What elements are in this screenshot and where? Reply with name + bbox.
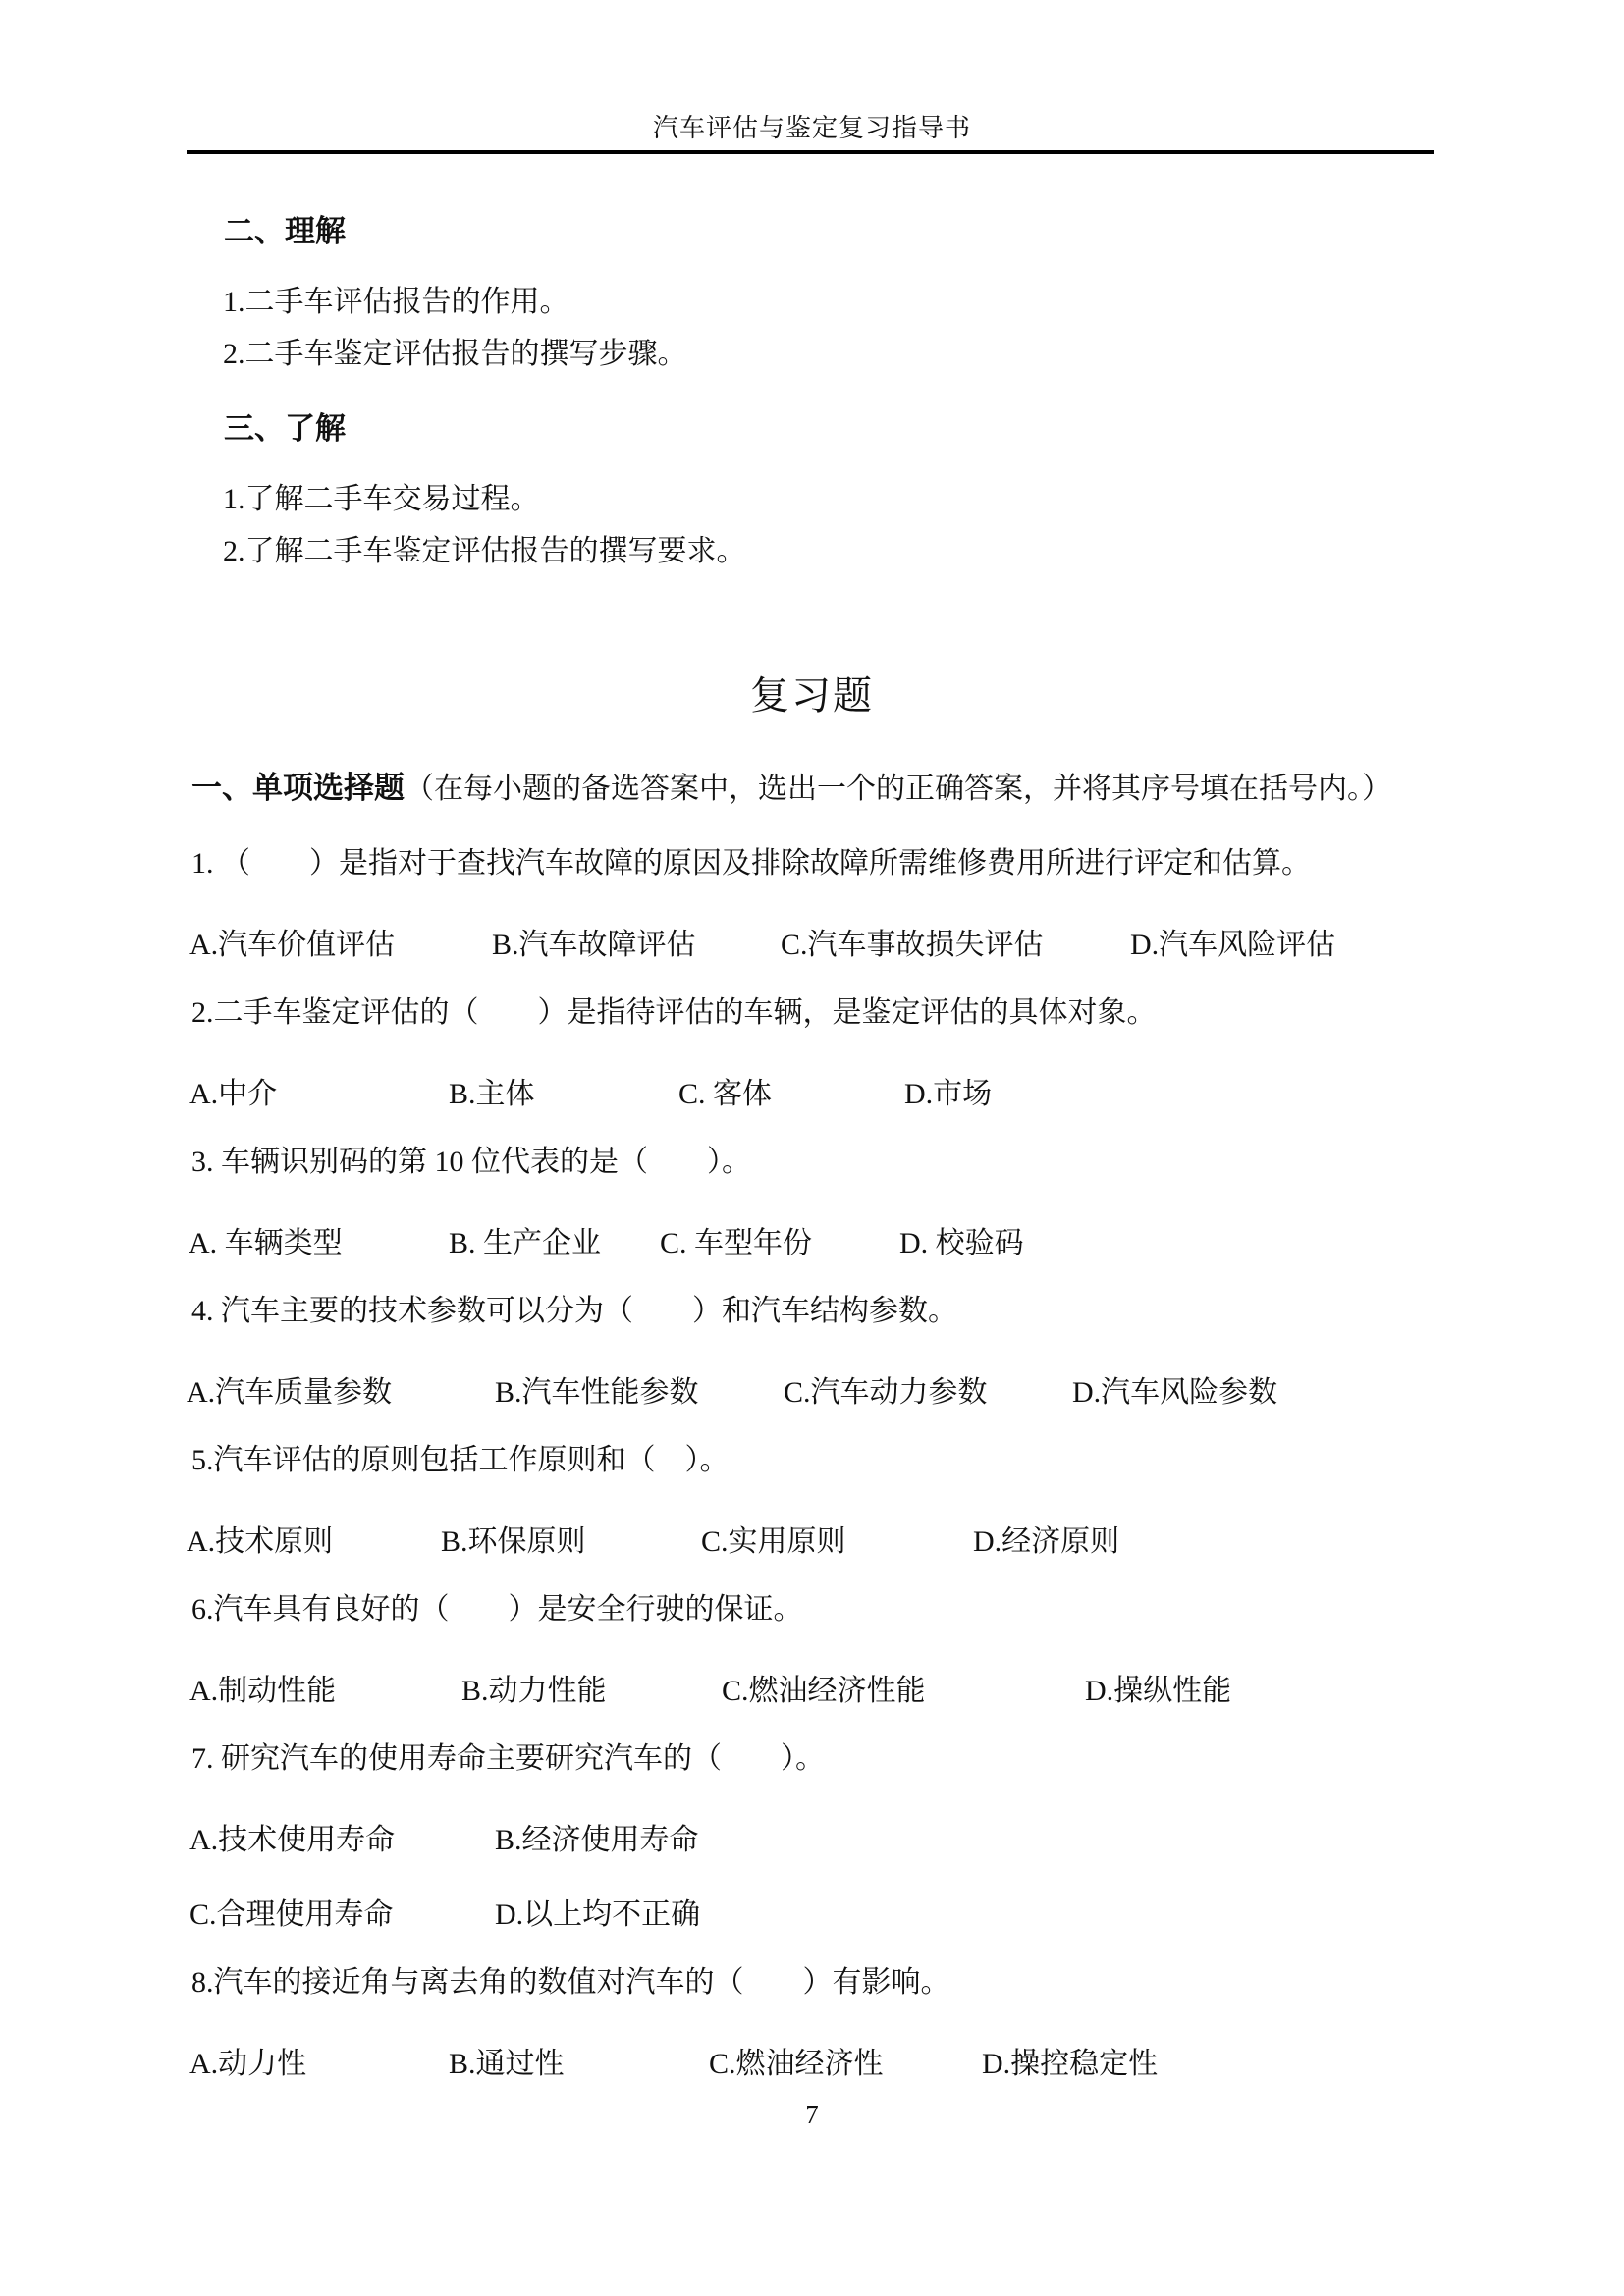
header-rule xyxy=(187,150,1434,154)
option-row: C.合理使用寿命 D.以上均不正确 xyxy=(0,1890,1624,1929)
option: D.经济原则 xyxy=(973,1517,1119,1560)
option: B.环保原则 xyxy=(441,1517,586,1560)
quiz-section-label: 一、单项选择题 xyxy=(191,771,405,805)
option: A.技术原则 xyxy=(187,1517,333,1560)
option: B.汽车性能参数 xyxy=(495,1367,699,1411)
document-page: 汽车评估与鉴定复习指导书 二、理解 1.二手车评估报告的作用。 2.二手车鉴定评… xyxy=(0,0,1624,2296)
option: C.实用原则 xyxy=(701,1517,846,1560)
option: B.动力性能 xyxy=(461,1666,607,1709)
option-row: A.技术使用寿命 B.经济使用寿命 xyxy=(0,1815,1624,1854)
option-row: A.制动性能 B.动力性能 C.燃油经济性能 D.操纵性能 xyxy=(0,1666,1624,1705)
option: A.制动性能 xyxy=(189,1666,336,1709)
question-stem: 3. 车辆识别码的第 10 位代表的是（ ）。 xyxy=(191,1144,751,1181)
option: D.操纵性能 xyxy=(1085,1666,1231,1709)
option: D.汽车风险评估 xyxy=(1130,920,1335,963)
option: B. 生产企业 xyxy=(449,1218,601,1261)
option: D.汽车风险参数 xyxy=(1072,1367,1277,1411)
option-row: A.汽车质量参数 B.汽车性能参数 C.汽车动力参数 D.汽车风险参数 xyxy=(0,1367,1624,1407)
question-stem: 5.汽车评估的原则包括工作原则和（ ）。 xyxy=(191,1442,730,1479)
option-row: A.技术原则 B.环保原则 C.实用原则 D.经济原则 xyxy=(0,1517,1624,1556)
question-stem: 2.二手车鉴定评估的（ ）是指待评估的车辆，是鉴定评估的具体对象。 xyxy=(191,994,1157,1032)
page-title: 复习题 xyxy=(0,671,1624,721)
quiz-section-intro: 一、单项选择题（在每小题的备选答案中，选出一个的正确答案，并将其序号填在括号内。… xyxy=(191,770,1391,808)
option: C.燃油经济性能 xyxy=(722,1666,926,1709)
option: D. 校验码 xyxy=(899,1218,1024,1261)
page-number: 7 xyxy=(0,2099,1624,2132)
option: B.经济使用寿命 xyxy=(495,1815,699,1858)
option: A.技术使用寿命 xyxy=(189,1815,395,1858)
option: C.汽车事故损失评估 xyxy=(781,920,1044,963)
option: C.燃油经济性 xyxy=(709,2039,884,2082)
question-stem: 4. 汽车主要的技术参数可以分为（ ）和汽车结构参数。 xyxy=(191,1293,957,1330)
question-stem: 7. 研究汽车的使用寿命主要研究汽车的（ ）。 xyxy=(191,1740,825,1778)
option: A.动力性 xyxy=(189,2039,306,2082)
question-stem: 1. （ ）是指对于查找汽车故障的原因及排除故障所需维修费用所进行评定和估算。 xyxy=(191,845,1311,882)
running-header: 汽车评估与鉴定复习指导书 xyxy=(0,113,1624,145)
option: D.操控稳定性 xyxy=(982,2039,1158,2082)
objective-item: 2.二手车鉴定评估报告的撰写步骤。 xyxy=(223,336,687,373)
option: D.市场 xyxy=(904,1069,992,1112)
objective-item: 1.了解二手车交易过程。 xyxy=(223,481,540,518)
option: D.以上均不正确 xyxy=(495,1890,700,1933)
option: C. 客体 xyxy=(678,1069,772,1112)
option: B.主体 xyxy=(449,1069,535,1112)
objective-item: 2.了解二手车鉴定评估报告的撰写要求。 xyxy=(223,533,746,570)
option: C.汽车动力参数 xyxy=(784,1367,988,1411)
question-stem: 8.汽车的接近角与离去角的数值对汽车的（ ）有影响。 xyxy=(191,1964,950,2002)
option-row: A. 车辆类型 B. 生产企业 C. 车型年份 D. 校验码 xyxy=(0,1218,1624,1257)
quiz-section-note: （在每小题的备选答案中，选出一个的正确答案，并将其序号填在括号内。） xyxy=(405,773,1391,805)
option-row: A.动力性 B.通过性 C.燃油经济性 D.操控稳定性 xyxy=(0,2039,1624,2078)
option: A.汽车质量参数 xyxy=(187,1367,392,1411)
option-row: A.汽车价值评估 B.汽车故障评估 C.汽车事故损失评估 D.汽车风险评估 xyxy=(0,920,1624,959)
section-heading-know: 三、了解 xyxy=(224,410,346,449)
question-stem: 6.汽车具有良好的（ ）是安全行驶的保证。 xyxy=(191,1591,803,1629)
option: C.合理使用寿命 xyxy=(189,1890,394,1933)
option: B.汽车故障评估 xyxy=(492,920,696,963)
option: A.汽车价值评估 xyxy=(189,920,395,963)
option: B.通过性 xyxy=(449,2039,565,2082)
option-row: A.中介 B.主体 C. 客体 D.市场 xyxy=(0,1069,1624,1108)
section-heading-comprehend: 二、理解 xyxy=(224,213,346,251)
objective-item: 1.二手车评估报告的作用。 xyxy=(223,284,569,321)
option: C. 车型年份 xyxy=(660,1218,812,1261)
option: A. 车辆类型 xyxy=(189,1218,343,1261)
option: A.中介 xyxy=(189,1069,277,1112)
